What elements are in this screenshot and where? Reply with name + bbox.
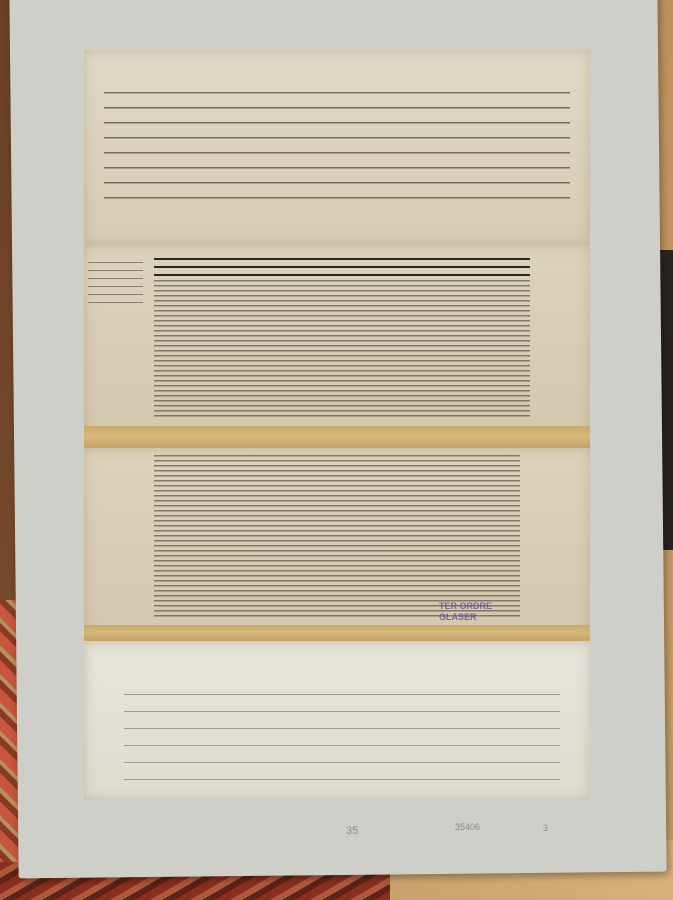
ink-stamp: TER ORDRE GLASER xyxy=(439,601,539,623)
document: TER ORDRE GLASER xyxy=(84,50,590,800)
margin-annotation xyxy=(88,255,143,305)
stamp-line-1: TER ORDRE xyxy=(439,601,539,612)
ruled-line xyxy=(154,266,530,268)
pencil-note: 3 xyxy=(543,823,548,833)
pencil-note: 35 xyxy=(346,825,358,837)
printed-text-block xyxy=(154,280,530,420)
tape-repair xyxy=(84,625,590,641)
ruled-line xyxy=(154,258,530,260)
tape-repair xyxy=(84,426,590,448)
ruled-line xyxy=(154,274,530,276)
handwritten-header-text xyxy=(104,80,570,200)
handwritten-endorsement xyxy=(124,680,560,790)
stamp-line-2: GLASER xyxy=(439,612,539,623)
pencil-note: 35406 xyxy=(455,822,480,832)
printed-text-block xyxy=(154,455,520,620)
